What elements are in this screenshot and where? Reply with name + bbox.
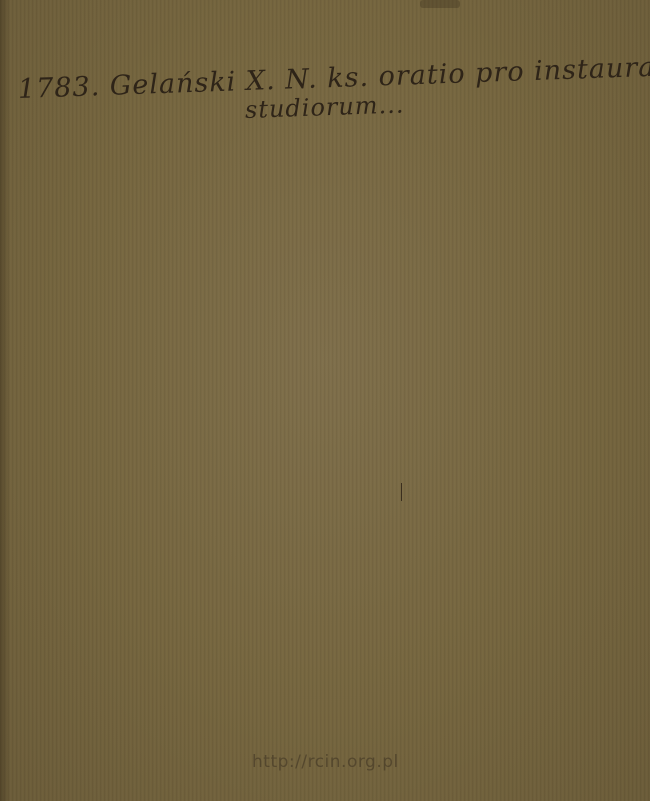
top-stamp-mark [420,0,460,8]
paper-edge [0,0,10,801]
watermark-url: http://rcin.org.pl [252,752,399,772]
pencil-mark [401,483,402,501]
handwritten-title-line-2: studiorum... [245,90,405,124]
